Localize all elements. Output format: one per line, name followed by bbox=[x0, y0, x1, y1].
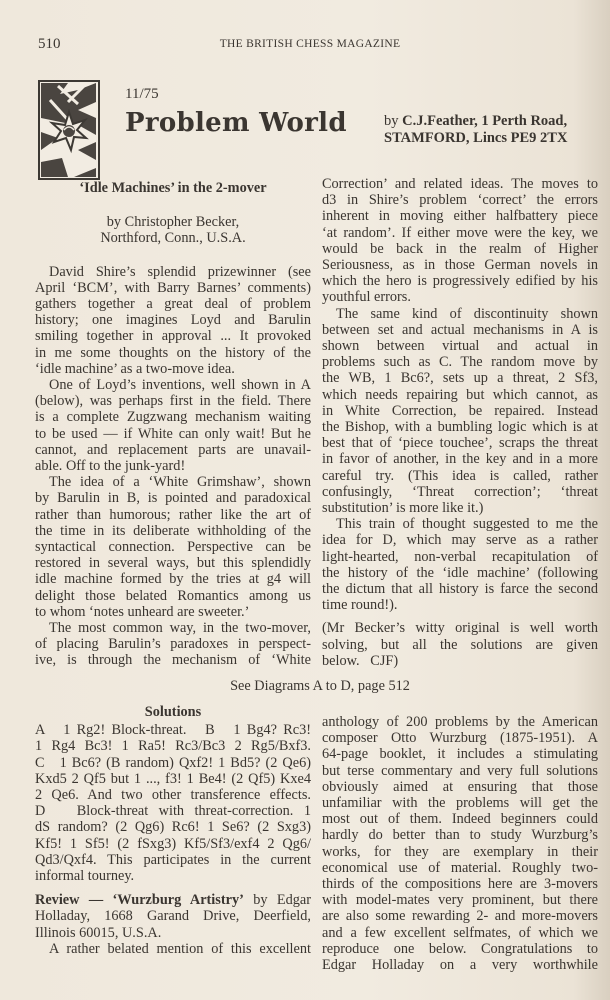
text-line: which the hero is progressively edified … bbox=[322, 273, 598, 289]
text-line: ‘idle machine’ as a two-move idea. bbox=[35, 361, 311, 377]
review-label: Review — ‘Wurzburg Artistry’ bbox=[35, 892, 244, 908]
solution-line: informal tourney. bbox=[35, 868, 311, 884]
text-line: inherent in moving either halfbattery pi… bbox=[322, 208, 598, 224]
text-line: ‘at random’. If either move were the key… bbox=[322, 225, 598, 241]
byline-address: STAMFORD, Lincs PE9 2TX bbox=[384, 130, 567, 146]
solution-line: dS random? (2 Qg6) Rc6! 1 Se6? (2 Sxg3) bbox=[35, 819, 311, 835]
text-line: substitution’ is more like it.) bbox=[322, 500, 598, 516]
text-line: the history of the ‘idle machine’ (follo… bbox=[322, 565, 598, 581]
text-line: in White Correction, be repaired. Instea… bbox=[322, 403, 598, 419]
text-line: rather than humorous; rather like the ar… bbox=[35, 507, 311, 523]
article-author: by Christopher Becker, Northford, Conn.,… bbox=[35, 214, 311, 246]
magazine-page: 510 THE BRITISH CHESS MAGAZINE 11/75 Pro… bbox=[0, 0, 610, 1000]
text-line: thirds of the compositions here are 3-mo… bbox=[322, 876, 598, 892]
text-line: shown between virtual and actual in bbox=[322, 338, 598, 354]
text-line: cannot, and replacement parts are unavai… bbox=[35, 442, 311, 458]
editor-note: (Mr Becker’s witty original is well wort… bbox=[322, 620, 598, 669]
text-line: anthology of 200 problems by the America… bbox=[322, 714, 598, 730]
text-line: One of Loyd’s inventions, well shown in … bbox=[35, 377, 311, 393]
chess-star-logo-icon bbox=[38, 80, 100, 180]
text-line: Illinois 60015, U.S.A. bbox=[35, 925, 311, 941]
text-line: delight those belated Romantics among us bbox=[35, 588, 311, 604]
solution-line: A 1 Rg2! Block-threat. B 1 Bg4? Rc3! bbox=[35, 722, 311, 738]
text-line: most out of them. Indeed beginners could bbox=[322, 811, 598, 827]
text-line: history; one imagines Loyd and Barulin bbox=[35, 312, 311, 328]
text-line: solving, but all the solutions are given bbox=[322, 637, 598, 653]
text-line: light-hearted, non-verbal recapitulation… bbox=[322, 549, 598, 565]
text-line: The most common way, in the two-mover, bbox=[35, 620, 311, 636]
text-line: in favor of another, in the key and in a… bbox=[322, 451, 598, 467]
text-line: composer Otto Wurzburg (1875-1951). A bbox=[322, 730, 598, 746]
review-heading: Review — ‘Wurzburg Artistry’ by Edgar Ho… bbox=[35, 892, 311, 941]
article-body-left: David Shire’s splendid prizewinner (see … bbox=[35, 264, 311, 669]
text-line: unfamiliar with the problems will get th… bbox=[322, 795, 598, 811]
text-line: by Barulin in B, is pointed and paradoxi… bbox=[35, 490, 311, 506]
text-line: works, for they are exemplary in their bbox=[322, 844, 598, 860]
column-byline: by C.J.Feather, 1 Perth Road, STAMFORD, … bbox=[384, 113, 567, 147]
text-line: confusingly, ‘Threat correction’; ‘threa… bbox=[322, 484, 598, 500]
solution-line: Kxd5 2 Qf5 but 1 ..., f3! 1 Be4! (2 Qf5)… bbox=[35, 771, 311, 787]
text-line: but terse commentary and very full solut… bbox=[322, 763, 598, 779]
text-line: the Bishop, with a bumbling logic which … bbox=[322, 419, 598, 435]
text-line: able. Off to the junk-yard! bbox=[35, 458, 311, 474]
review-right-column: anthology of 200 problems by the America… bbox=[322, 714, 598, 973]
text-line: below. CJF) bbox=[322, 653, 598, 669]
article-left-column: ‘Idle Machines’ in the 2-mover by Christ… bbox=[35, 180, 311, 669]
text-line: restored in several ways, but this splen… bbox=[35, 555, 311, 571]
text-line: ive, is through the mechanism of ‘White bbox=[35, 652, 311, 668]
text-line: A rather belated mention of this excelle… bbox=[35, 941, 311, 957]
text-line: youthful errors. bbox=[322, 289, 598, 305]
issue-date: 11/75 bbox=[125, 86, 159, 103]
text-line: Seriousness, as in those German novels i… bbox=[322, 257, 598, 273]
text-line: hardly do better than to study Wurzburg’… bbox=[322, 827, 598, 843]
text-line: obviously aimed at ensuring that those bbox=[322, 779, 598, 795]
text-line: The idea of a ‘White Grimshaw’, shown bbox=[35, 474, 311, 490]
text-line: Holladay, 1668 Garand Drive, Deerfield, bbox=[35, 908, 311, 924]
byline-prefix: by bbox=[384, 113, 402, 129]
text-line: are also some rewarding 2- and more-move… bbox=[322, 908, 598, 924]
text-line: gathers together a great deal of problem bbox=[35, 296, 311, 312]
solution-line: Kf5! 1 Sf5! (2 fSxg3) Kf5/Sf3/exf4 2 Qg6… bbox=[35, 836, 311, 852]
article-title: ‘Idle Machines’ in the 2-mover bbox=[35, 180, 311, 196]
solution-line: 2 Qe6. And two other transference effect… bbox=[35, 787, 311, 803]
text-line: the dictum that all history is farce the… bbox=[322, 581, 598, 597]
solution-line: D Block-threat with threat-correction. 1 bbox=[35, 803, 311, 819]
text-line: the WB, 1 Bc6?, sets up a threat, 2 Sf3, bbox=[322, 370, 598, 386]
text-line: April ‘BCM’, with Barry Barnes’ comments… bbox=[35, 280, 311, 296]
text-line: between set and actual mechanisms in A i… bbox=[322, 322, 598, 338]
text-line: (below), was perhaps first in the field.… bbox=[35, 393, 311, 409]
text-line: which needs repairing but which cannot, … bbox=[322, 387, 598, 403]
text-line: The same kind of discontinuity shown bbox=[322, 306, 598, 322]
text-line: This train of thought suggested to me th… bbox=[322, 516, 598, 532]
text-line: best that of ‘piece touchee’, scraps the… bbox=[322, 435, 598, 451]
text-line: careful try. (This idea is called, rathe… bbox=[322, 468, 598, 484]
text-line: idle machine formed by the tries at g4 w… bbox=[35, 571, 311, 587]
running-head: THE BRITISH CHESS MAGAZINE bbox=[0, 38, 610, 50]
text-line: economical use of material. Roughly two- bbox=[322, 860, 598, 876]
text-line: 64-page booklet, it includes a stimulati… bbox=[322, 746, 598, 762]
solution-line: 1 Rg4 Bc3! 1 Ra5! Rc3/Bc3 2 Rg5/Bxf3. bbox=[35, 738, 311, 754]
solution-line: Qd3/Qxf4. This participates in the curre… bbox=[35, 852, 311, 868]
solutions-section: Solutions A 1 Rg2! Block-threat. B 1 Bg4… bbox=[35, 704, 311, 957]
text-line: and a few excellent selfmates, of which … bbox=[322, 925, 598, 941]
text-line: the time in its deliberate withholding o… bbox=[35, 523, 311, 539]
text-line: Correction’ and related ideas. The moves… bbox=[322, 176, 598, 192]
text-line: of placing Barulin’s paradoxes in perspe… bbox=[35, 636, 311, 652]
solution-line: C 1 Bc6? (B random) Qxf2! 1 Bd5? (2 Qe6) bbox=[35, 755, 311, 771]
text-line: in me some thoughts on the history of th… bbox=[35, 345, 311, 361]
byline-name: C.J.Feather, 1 Perth Road, bbox=[402, 113, 567, 129]
solutions-heading: Solutions bbox=[35, 704, 311, 720]
text-line: to be used — if White can only wait! But… bbox=[35, 426, 311, 442]
text-line: smiling together in approval ... It prov… bbox=[35, 328, 311, 344]
text-line: (Mr Becker’s witty original is well wort… bbox=[322, 620, 598, 636]
article-right-column: Correction’ and related ideas. The moves… bbox=[322, 176, 598, 669]
text-line: idea for D, which may serve as a rather bbox=[322, 532, 598, 548]
text-line: to whom ‘notes unheard are sweeter.’ bbox=[35, 604, 311, 620]
text-line: is a complete Zugzwang mechanism waiting bbox=[35, 409, 311, 425]
text-line: Edgar Holladay on a very worthwhile bbox=[322, 957, 598, 973]
text-line: syntactical connection. Perspective can … bbox=[35, 539, 311, 555]
see-diagrams-note: See Diagrams A to D, page 512 bbox=[0, 678, 610, 695]
column-title: Problem World bbox=[125, 108, 347, 138]
text-line: problems such as C. The random move by bbox=[322, 354, 598, 370]
text-line: reproduce one below. Congratulations to bbox=[322, 941, 598, 957]
text-line: time round!). bbox=[322, 597, 598, 613]
text-line: d3 in Shire’s problem ‘correct’ the erro… bbox=[322, 192, 598, 208]
text-line: would be back in the realm of Higher bbox=[322, 241, 598, 257]
text-line: with model-mates very prominent, but the… bbox=[322, 892, 598, 908]
text-line: David Shire’s splendid prizewinner (see bbox=[35, 264, 311, 280]
